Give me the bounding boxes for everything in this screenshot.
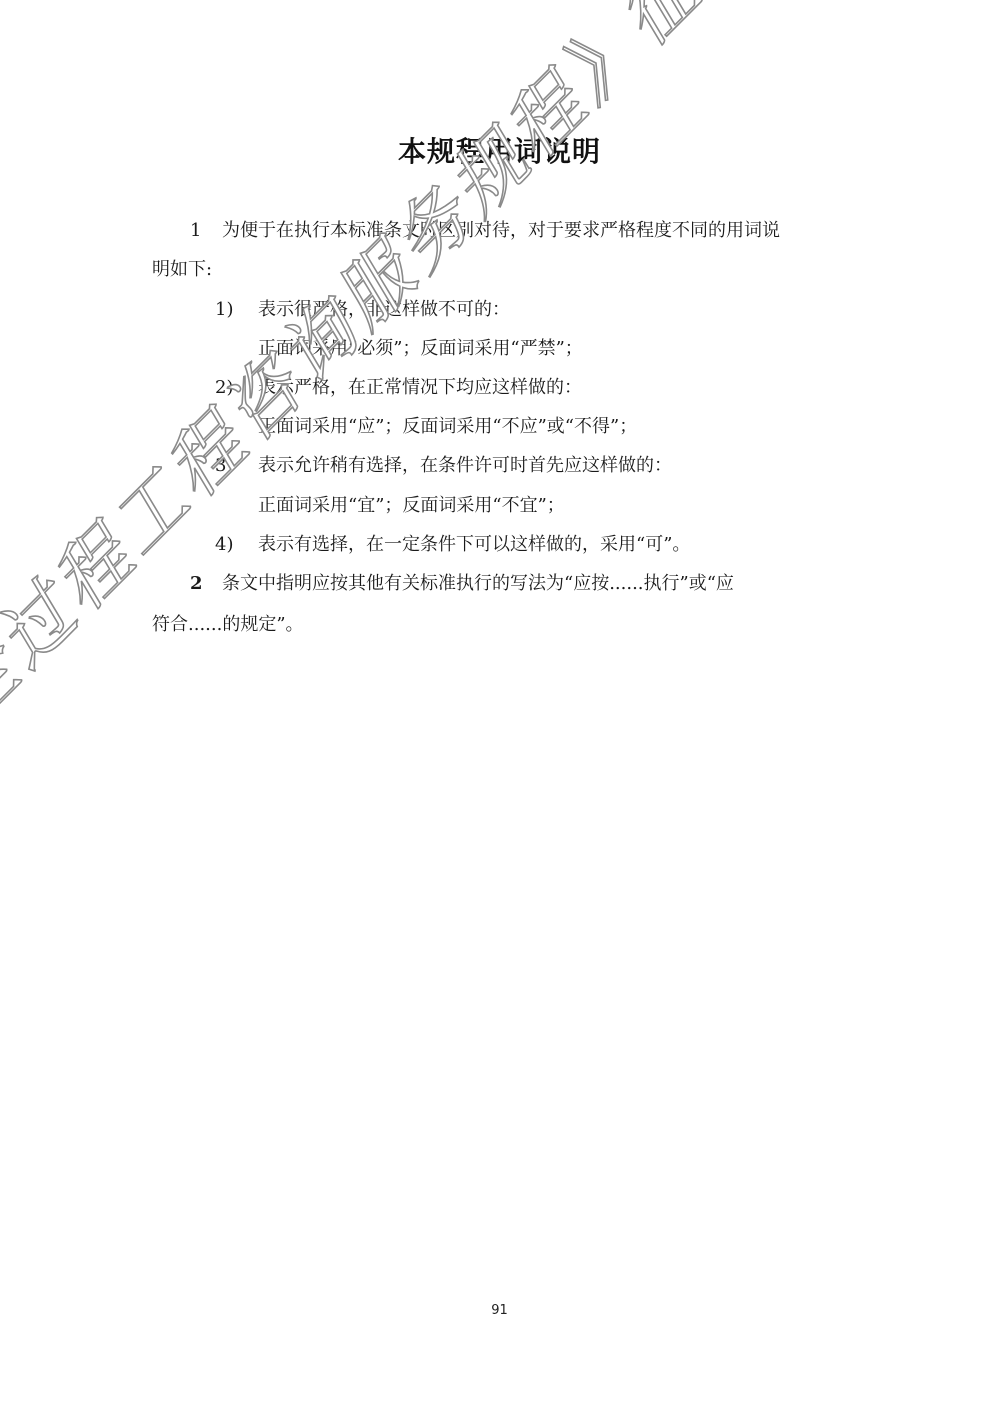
paragraph-text-continued: 符合......的规定”。 — [152, 613, 304, 637]
page-title: 本规程用词说明 — [0, 133, 999, 171]
list-item-text: 表示有选择，在一定条件下可以这样做的，采用“可”。 — [258, 533, 690, 557]
list-item-detail: 正面词采用“宜”；反面词采用“不宜”； — [258, 494, 565, 518]
document-page: 本规程用词说明 1 为便于在执行本标准条文时区别对待，对于要求严格程度不同的用词… — [0, 0, 999, 1414]
list-item-number: 4) — [215, 533, 233, 557]
page-number: 91 — [0, 1303, 999, 1318]
list-item-number: 1) — [215, 298, 233, 322]
list-item-text: 表示很严格，非这样做不可的： — [258, 298, 510, 322]
paragraph-number: 1 — [190, 219, 201, 243]
paragraph-number: 2 — [190, 572, 203, 596]
list-item-detail: 正面词采用“必须”；反面词采用“严禁”； — [258, 337, 583, 361]
paragraph-text: 条文中指明应按其他有关标准执行的写法为“应按......执行”或“应 — [222, 572, 734, 596]
list-item-number: 2) — [215, 376, 233, 400]
list-item-number: 3) — [215, 454, 233, 478]
list-item-detail: 正面词采用“应”；反面词采用“不应”或“不得”； — [258, 415, 637, 439]
list-item-text: 表示允许稍有选择，在条件许可时首先应这样做的： — [258, 454, 672, 478]
paragraph-text: 为便于在执行本标准条文时区别对待，对于要求严格程度不同的用词说 — [222, 219, 780, 243]
paragraph-text-continued: 明如下: — [152, 258, 212, 282]
list-item-text: 表示严格，在正常情况下均应这样做的： — [258, 376, 582, 400]
